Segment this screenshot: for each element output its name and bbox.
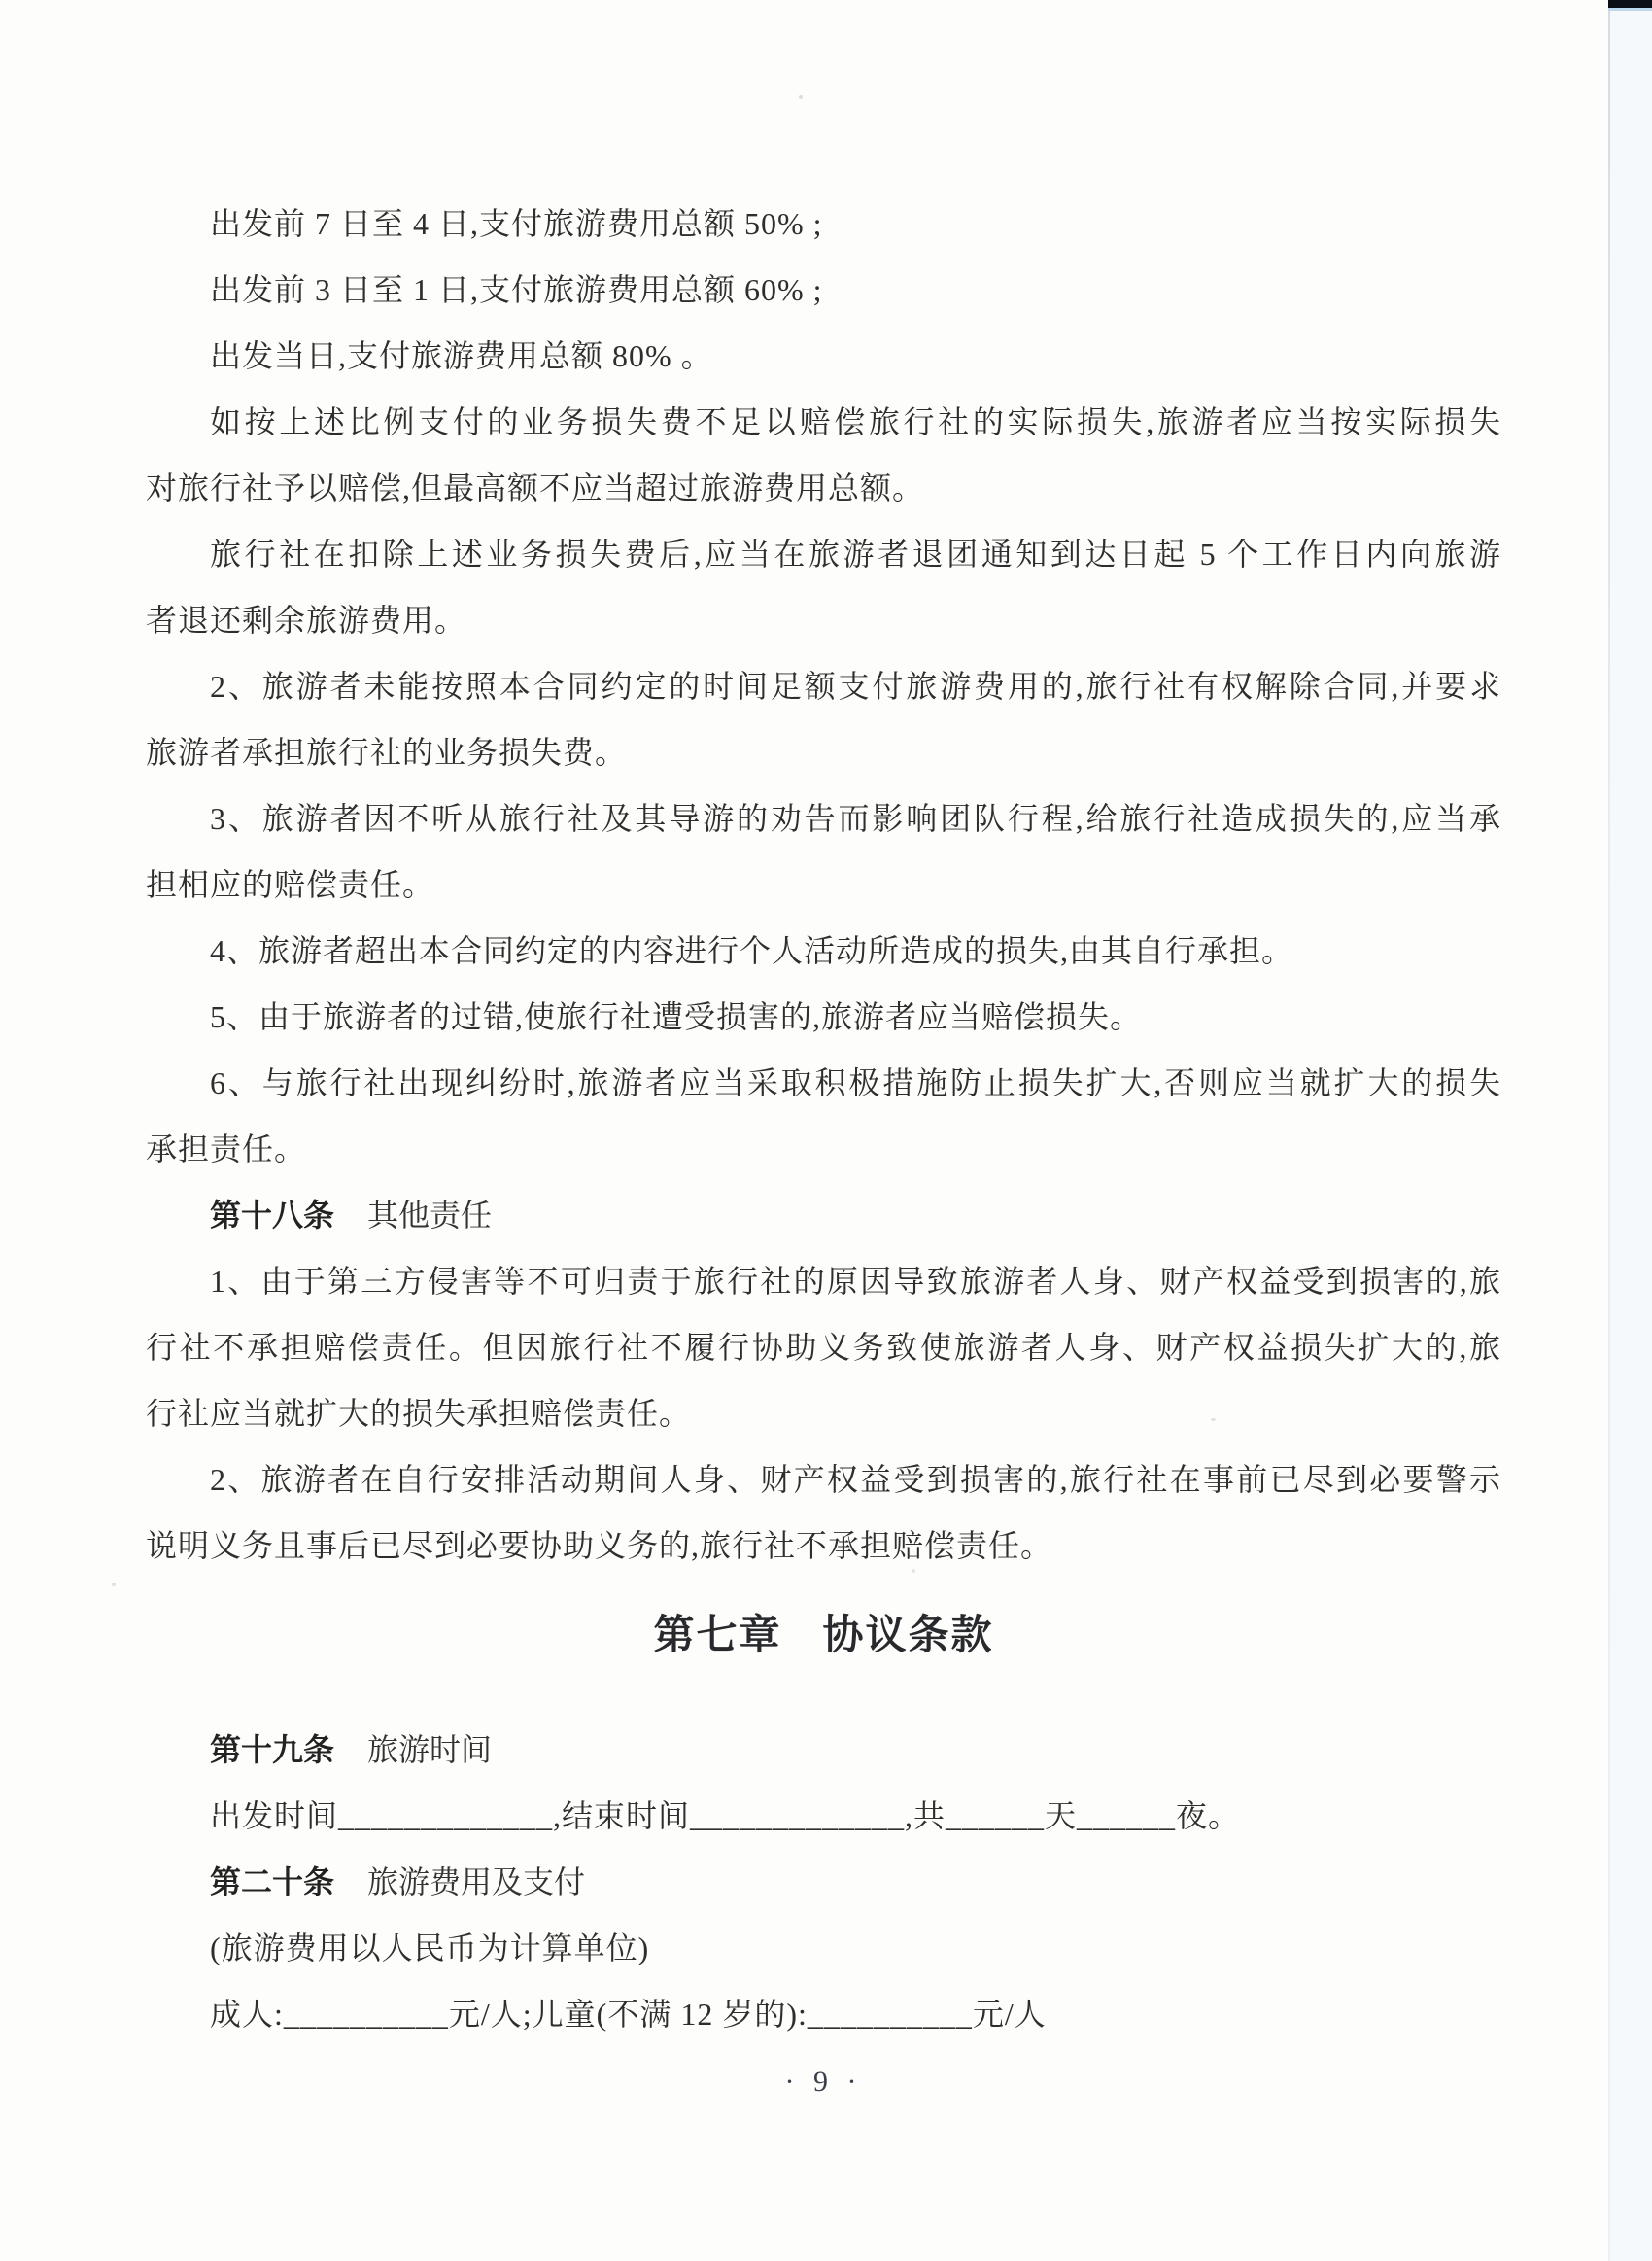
body-line: 担相应的赔偿责任。 bbox=[146, 852, 1501, 918]
body-line: 如按上述比例支付的业务损失费不足以赔偿旅行社的实际损失,旅游者应当按实际损失 bbox=[146, 389, 1501, 455]
article-title: 旅游费用及支付 bbox=[367, 1864, 585, 1899]
body-line: 3、旅游者因不听从旅行社及其导游的劝告而影响团队行程,给旅行社造成损失的,应当承 bbox=[146, 785, 1501, 852]
body-line: 出发前 7 日至 4 日,支付旅游费用总额 50% ; bbox=[146, 191, 1501, 257]
article-heading-19: 第十九条旅游时间 bbox=[146, 1717, 1501, 1783]
scan-corner-mark bbox=[1608, 0, 1652, 8]
page-number: · 9 · bbox=[146, 2063, 1501, 2102]
article-label: 第十八条 bbox=[210, 1198, 334, 1233]
body-line: 2、旅游者在自行安排活动期间人身、财产权益受到损害的,旅行社在事前已尽到必要警示 bbox=[146, 1446, 1501, 1513]
chapter-label: 第七章 bbox=[653, 1612, 781, 1657]
body-line: 行社应当就扩大的损失承担赔偿责任。 bbox=[146, 1380, 1501, 1446]
chapter-heading: 第七章协议条款 bbox=[146, 1606, 1501, 1664]
body-line: 出发前 3 日至 1 日,支付旅游费用总额 60% ; bbox=[146, 257, 1501, 323]
body-line: 说明义务且事后已尽到必要协助义务的,旅行社不承担赔偿责任。 bbox=[146, 1513, 1501, 1579]
body-line: 出发当日,支付旅游费用总额 80% 。 bbox=[146, 323, 1501, 389]
body-line: 旅游者承担旅行社的业务损失费。 bbox=[146, 719, 1501, 785]
article-title: 其他责任 bbox=[367, 1198, 492, 1233]
article-heading-18: 第十八条其他责任 bbox=[146, 1182, 1501, 1248]
chapter-title: 协议条款 bbox=[823, 1612, 994, 1657]
scan-edge-line bbox=[1608, 0, 1610, 2261]
article-label: 第十九条 bbox=[210, 1732, 334, 1767]
article-title: 旅游时间 bbox=[367, 1732, 492, 1767]
scan-speck bbox=[112, 1583, 116, 1586]
body-line: 4、旅游者超出本合同约定的内容进行个人活动所造成的损失,由其自行承担。 bbox=[146, 918, 1501, 984]
article-heading-20: 第二十条旅游费用及支付 bbox=[146, 1849, 1501, 1915]
body-line: (旅游费用以人民币为计算单位) bbox=[146, 1915, 1501, 1981]
page-content: 出发前 7 日至 4 日,支付旅游费用总额 50% ; 出发前 3 日至 1 日… bbox=[146, 0, 1501, 2102]
body-line: 承担责任。 bbox=[146, 1116, 1501, 1182]
contract-page: 出发前 7 日至 4 日,支付旅游费用总额 50% ; 出发前 3 日至 1 日… bbox=[0, 0, 1652, 2261]
body-line: 1、由于第三方侵害等不可归责于旅行社的原因导致旅游者人身、财产权益受到损害的,旅 bbox=[146, 1248, 1501, 1314]
body-line: 对旅行社予以赔偿,但最高额不应当超过旅游费用总额。 bbox=[146, 455, 1501, 521]
scan-corner-shadow bbox=[1608, 8, 1652, 11]
form-line-travel-time: 出发时间_____________,结束时间_____________,共___… bbox=[146, 1783, 1501, 1849]
body-line: 行社不承担赔偿责任。但因旅行社不履行协助义务致使旅游者人身、财产权益损失扩大的,… bbox=[146, 1314, 1501, 1380]
form-line-price: 成人:__________元/人;儿童(不满 12 岁的):__________… bbox=[146, 1981, 1501, 2047]
scan-edge-tint bbox=[1610, 0, 1652, 2261]
body-line: 者退还剩余旅游费用。 bbox=[146, 587, 1501, 653]
body-line: 2、旅游者未能按照本合同约定的时间足额支付旅游费用的,旅行社有权解除合同,并要求 bbox=[146, 653, 1501, 719]
body-line: 旅行社在扣除上述业务损失费后,应当在旅游者退团通知到达日起 5 个工作日内向旅游 bbox=[146, 521, 1501, 587]
body-line: 6、与旅行社出现纠纷时,旅游者应当采取积极措施防止损失扩大,否则应当就扩大的损失 bbox=[146, 1050, 1501, 1116]
article-label: 第二十条 bbox=[210, 1864, 334, 1899]
body-line: 5、由于旅游者的过错,使旅行社遭受损害的,旅游者应当赔偿损失。 bbox=[146, 984, 1501, 1050]
